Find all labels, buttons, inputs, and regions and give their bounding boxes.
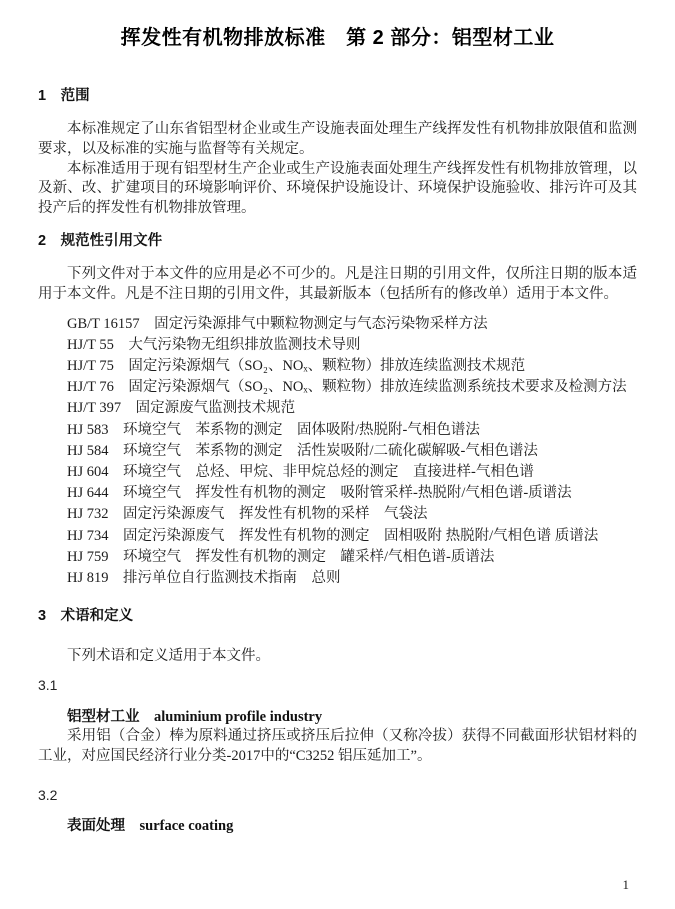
reference-item: HJ/T 75 固定污染源烟气（SO₂、NOₓ、颗粒物）排放连续监测技术规范 [38, 356, 637, 377]
scope-body: 本标准规定了山东省铝型材企业或生产设施表面处理生产线挥发性有机物排放限值和监测要… [38, 120, 637, 219]
reference-item: HJ 644 环境空气 挥发性有机物的测定 吸附管采样-热脱附/气相色谱-质谱法 [38, 483, 637, 504]
references-intro: 下列文件对于本文件的应用是必不可少的。凡是注日期的引用文件，仅所注日期的版本适用… [38, 265, 637, 305]
clause-3-1-number: 3.1 [38, 676, 637, 694]
page-number: 1 [623, 877, 630, 893]
term-3-1: 铝型材工业 aluminium profile industry [38, 707, 637, 727]
document-page: 挥发性有机物排放标准 第 2 部分：铝型材工业 1 范围 本标准规定了山东省铝型… [0, 0, 675, 909]
definition-3-1: 采用铝（合金）棒为原料通过挤压或挤压后拉伸（又称冷拔）获得不同截面形状铝材料的工… [38, 727, 637, 767]
reference-item: HJ 819 排污单位自行监测技术指南 总则 [38, 568, 637, 589]
page-title: 挥发性有机物排放标准 第 2 部分：铝型材工业 [38, 0, 637, 52]
reference-item: GB/T 16157 固定污染源排气中颗粒物测定与气态污染物采样方法 [38, 314, 637, 335]
section-3-heading: 3 术语和定义 [38, 606, 637, 626]
section-1-heading: 1 范围 [38, 86, 637, 106]
clause-3-2-number: 3.2 [38, 786, 637, 804]
reference-item: HJ 759 环境空气 挥发性有机物的测定 罐采样/气相色谱-质谱法 [38, 547, 637, 568]
reference-item: HJ/T 76 固定污染源烟气（SO₂、NOₓ、颗粒物）排放连续监测系统技术要求… [38, 377, 637, 398]
scope-paragraph: 本标准规定了山东省铝型材企业或生产设施表面处理生产线挥发性有机物排放限值和监测要… [38, 120, 637, 160]
reference-item: HJ 604 环境空气 总烃、甲烷、非甲烷总烃的测定 直接进样-气相色谱 [38, 462, 637, 483]
term-3-2: 表面处理 surface coating [38, 816, 637, 836]
reference-item: HJ 734 固定污染源废气 挥发性有机物的测定 固相吸附 热脱附/气相色谱 质… [38, 526, 637, 547]
terms-intro: 下列术语和定义适用于本文件。 [38, 647, 637, 667]
scope-paragraph: 本标准适用于现有铝型材生产企业或生产设施表面处理生产线挥发性有机物排放管理，以及… [38, 160, 637, 219]
references-list: GB/T 16157 固定污染源排气中颗粒物测定与气态污染物采样方法 HJ/T … [38, 314, 637, 590]
reference-item: HJ/T 397 固定源废气监测技术规范 [38, 398, 637, 419]
reference-item: HJ 584 环境空气 苯系物的测定 活性炭吸附/二硫化碳解吸-气相色谱法 [38, 441, 637, 462]
section-2-heading: 2 规范性引用文件 [38, 231, 637, 251]
reference-item: HJ 583 环境空气 苯系物的测定 固体吸附/热脱附-气相色谱法 [38, 420, 637, 441]
reference-item: HJ 732 固定污染源废气 挥发性有机物的采样 气袋法 [38, 504, 637, 525]
reference-item: HJ/T 55 大气污染物无组织排放监测技术导则 [38, 335, 637, 356]
